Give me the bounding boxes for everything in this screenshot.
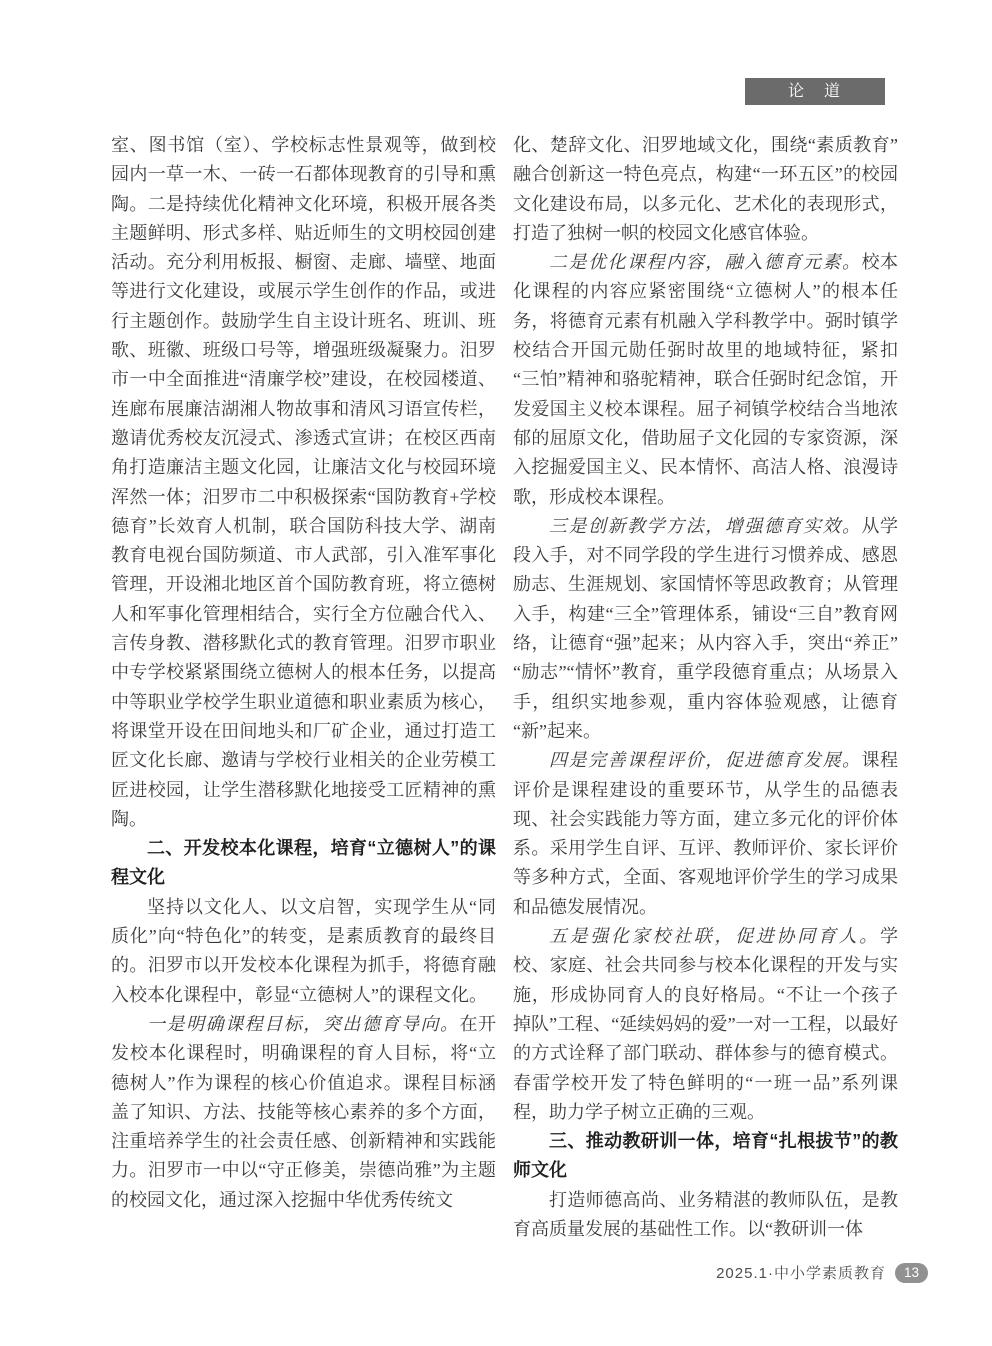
item-lead-phrase: 二是优化课程内容，融入德育元素。 <box>549 252 862 272</box>
article-paragraph: 室、图书馆（室）、学校标志性景观等，做到校园内一草一木、一砖一石都体现教育的引导… <box>111 131 496 834</box>
article-paragraph: 三是创新教学方法，增强德育实效。从学段入手，对不同学段的学生进行习惯养成、感恩励… <box>513 512 898 746</box>
article-paragraph: 化、楚辞文化、汨罗地域文化，围绕“素质教育”融合创新这一特色亮点，构建“一环五区… <box>513 131 898 248</box>
section-badge: 论 道 <box>745 78 885 105</box>
item-lead-phrase: 一是明确课程目标，突出德育导向。 <box>147 1014 460 1034</box>
article-paragraph: 一是明确课程目标，突出德育导向。在开发校本化课程时，明确课程的育人目标，将“立德… <box>111 1010 496 1215</box>
right-column: 化、楚辞文化、汨罗地域文化，围绕“素质教育”融合创新这一特色亮点，构建“一环五区… <box>513 131 898 1251</box>
journal-issue-label: 2025.1·中小学素质教育 <box>716 1262 886 1283</box>
section-heading: 三、推动教研训一体，培育“扎根拔节”的教师文化 <box>513 1127 898 1186</box>
page-footer: 2025.1·中小学素质教育 13 <box>716 1262 928 1283</box>
article-paragraph: 二是优化课程内容，融入德育元素。校本化课程的内容应紧密围绕“立德树人”的根本任务… <box>513 248 898 512</box>
article-paragraph: 四是完善课程评价，促进德育发展。课程评价是课程建设的重要环节，从学生的品德表现、… <box>513 746 898 922</box>
section-heading: 二、开发校本化课程，培育“立德树人”的课程文化 <box>111 834 496 893</box>
article-paragraph: 五是强化家校社联，促进协同育人。学校、家庭、社会共同参与校本化课程的开发与实施，… <box>513 922 898 1127</box>
magazine-page: 论 道 室、图书馆（室）、学校标志性景观等，做到校园内一草一木、一砖一石都体现教… <box>0 0 992 1346</box>
page-number-badge: 13 <box>895 1263 928 1283</box>
item-lead-phrase: 五是强化家校社联，促进协同育人。 <box>549 926 880 946</box>
article-paragraph: 坚持以文化人、以文启智，实现学生从“同质化”向“特色化”的转变，是素质教育的最终… <box>111 893 496 1010</box>
article-columns: 室、图书馆（室）、学校标志性景观等，做到校园内一草一木、一砖一石都体现教育的引导… <box>111 131 898 1251</box>
item-lead-phrase: 四是完善课程评价，促进德育发展。 <box>549 750 862 770</box>
item-lead-phrase: 三是创新教学方法，增强德育实效。 <box>549 516 862 536</box>
article-paragraph: 打造师德高尚、业务精湛的教师队伍，是教育高质量发展的基础性工作。以“教研训一体 <box>513 1186 898 1245</box>
left-column: 室、图书馆（室）、学校标志性景观等，做到校园内一草一木、一砖一石都体现教育的引导… <box>111 131 496 1251</box>
